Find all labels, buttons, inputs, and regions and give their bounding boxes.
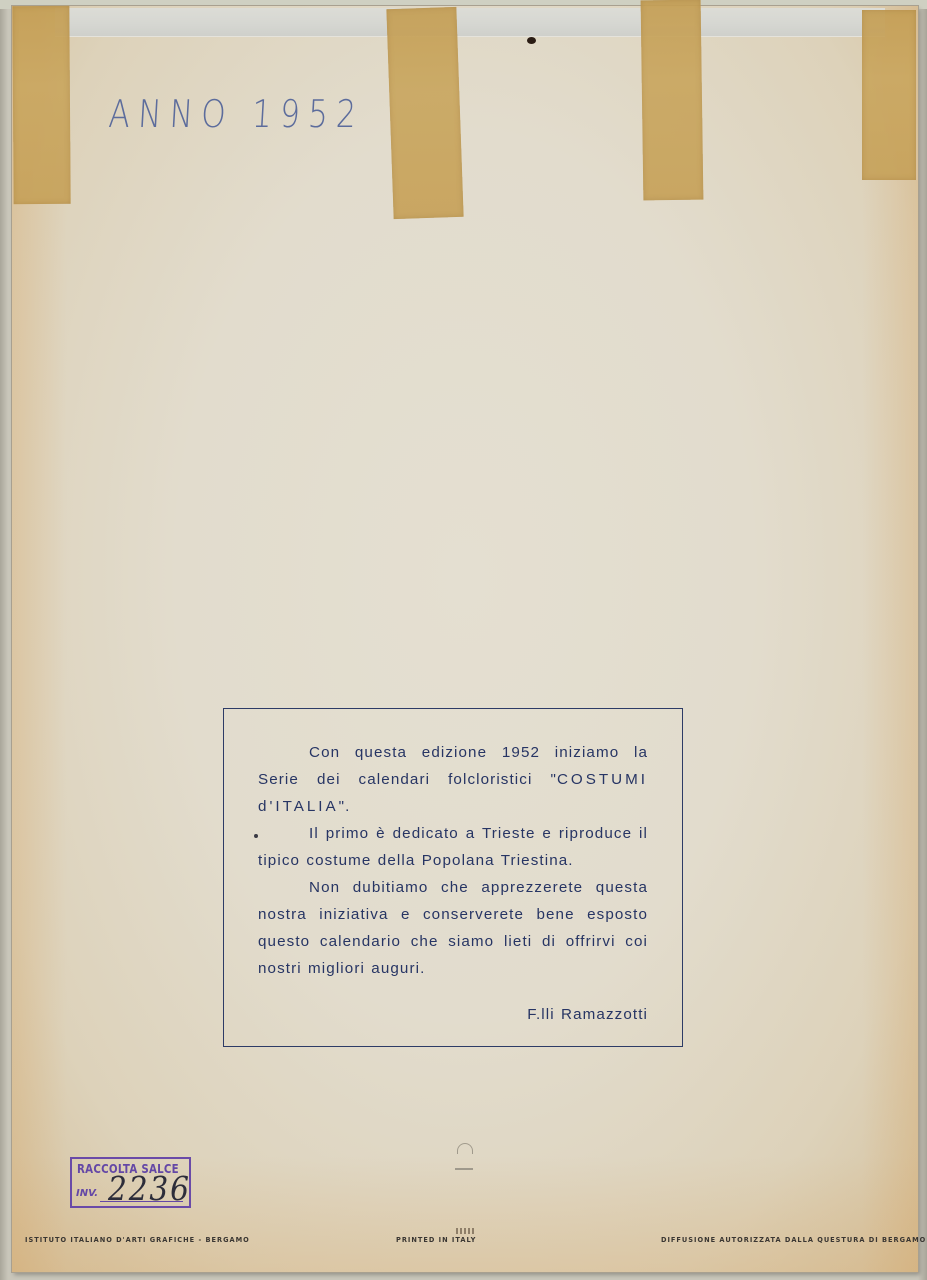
notice-paragraph-1-end: ". bbox=[339, 798, 351, 815]
notice-paragraph-2: Il primo è dedicato a Trieste e riproduc… bbox=[258, 820, 648, 874]
stamp-inventory-number: 2236 bbox=[108, 1169, 191, 1208]
footer-authorization: DIFFUSIONE AUTORIZZATA DALLA QUESTURA DI… bbox=[661, 1236, 926, 1244]
footer-printer: ISTITUTO ITALIANO D'ARTI GRAFICHE - BERG… bbox=[25, 1236, 250, 1244]
binding-strip bbox=[55, 8, 885, 37]
hanging-hole bbox=[527, 37, 536, 44]
stamp-inv-label: INV. bbox=[76, 1188, 98, 1199]
hanger-mark-line bbox=[455, 1168, 473, 1170]
masking-tape-2 bbox=[386, 7, 463, 219]
masking-tape-1 bbox=[12, 6, 70, 204]
collection-stamp: RACCOLTA SALCE INV. 2236 bbox=[70, 1157, 191, 1208]
notice-box: Con questa edizione 1952 iniziamo la Ser… bbox=[223, 708, 683, 1047]
notice-paragraph-1: Con questa edizione 1952 iniziamo la Ser… bbox=[258, 739, 648, 820]
hanger-mark-icon bbox=[457, 1143, 473, 1154]
masking-tape-3 bbox=[641, 0, 704, 200]
notice-paragraph-3: Non dubitiamo che apprezzerete questa no… bbox=[258, 874, 648, 982]
printer-mark bbox=[456, 1228, 476, 1234]
ink-dot bbox=[254, 834, 258, 838]
calendar-back-sheet bbox=[12, 6, 918, 1272]
signature: F.lli Ramazzotti bbox=[258, 1001, 648, 1028]
footer-printed-in-italy: PRINTED IN ITALY bbox=[396, 1236, 476, 1244]
masking-tape-4 bbox=[862, 10, 916, 180]
handwritten-year-note: ANNO 1952 bbox=[107, 92, 365, 136]
